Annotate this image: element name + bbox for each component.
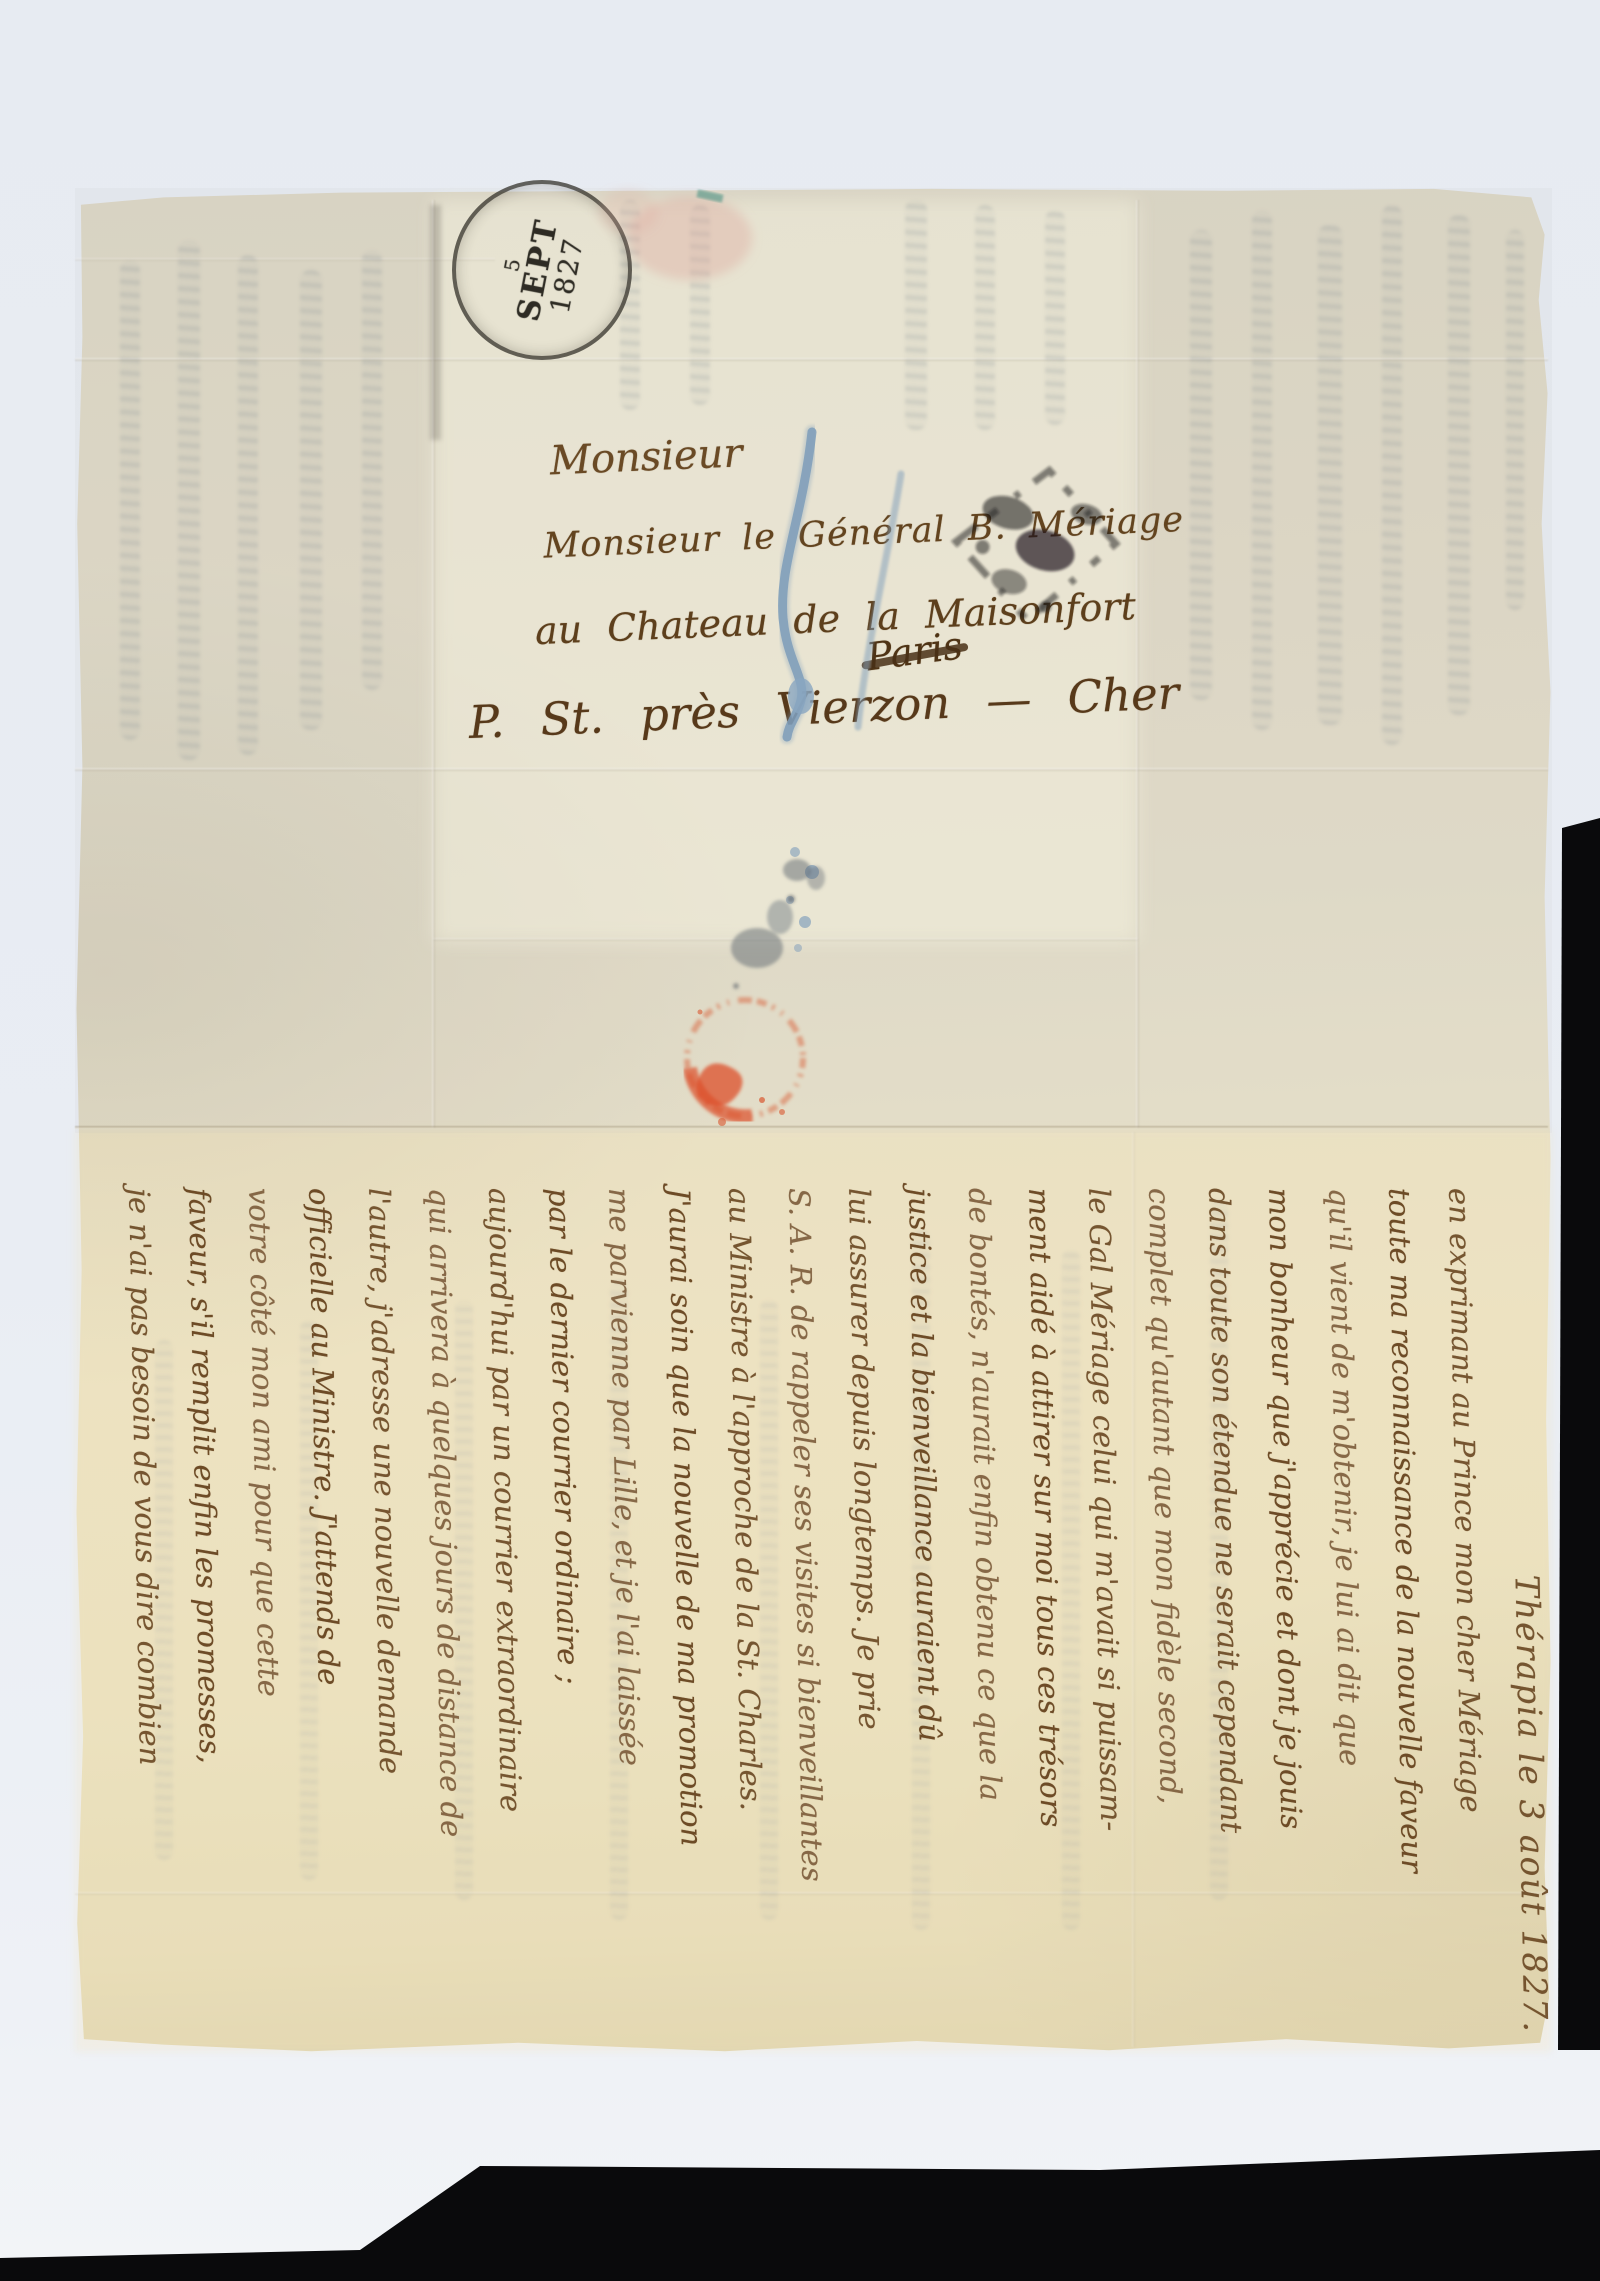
photograph-of-letter: 5 SEPT 1827 Monsieur Monsieur le Général… (0, 0, 1600, 2281)
pink-smudge (598, 190, 752, 280)
black-rate-stamp (941, 451, 1130, 638)
gray-smudge (731, 859, 825, 989)
letter-body-rotated: Thérapia le 3 août 1827. en exprimant au… (78, 1130, 1548, 2050)
letter-lines: en exprimant au Prince mon cher Mériaget… (108, 1130, 1488, 2050)
red-arrival-stamp (687, 1000, 803, 1126)
